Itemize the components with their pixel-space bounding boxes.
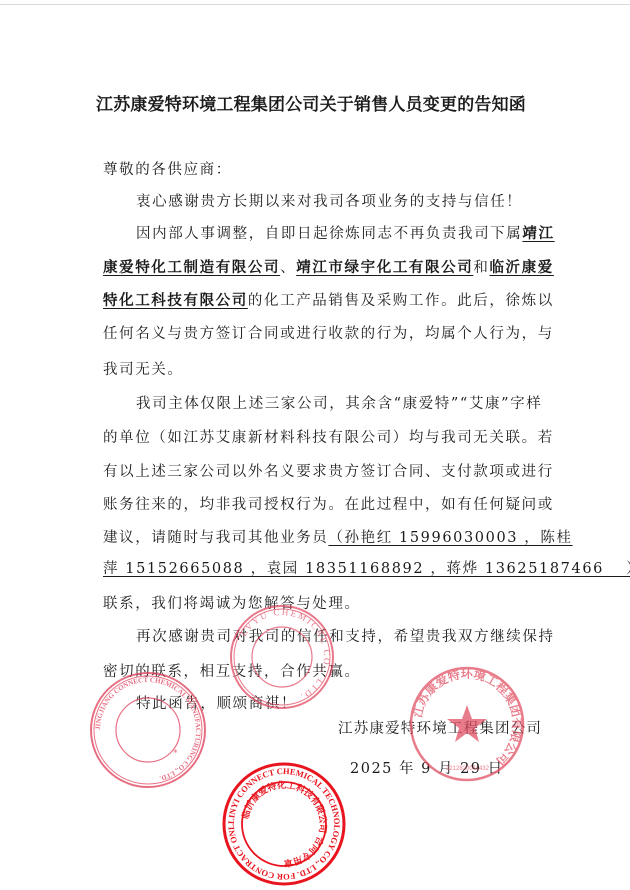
- svg-text:LINYI CONNECT CHEMICAL TECHNOL: LINYI CONNECT CHEMICAL TECHNOLOGY CO., L…: [222, 762, 342, 882]
- contacts-underlined: （孙艳红 15996030003 ，陈桂: [328, 530, 572, 546]
- paragraph-change-line-3: 特化工科技有限公司的化工产品销售及采购工作。此后，徐炼以: [103, 289, 554, 310]
- text: 因内部人事调整，自即日起徐炼同志不再负责我司下属: [136, 226, 522, 242]
- paragraph-thanks: 衷心感谢贵方长期以来对我司各项业务的支持与信任！: [136, 190, 522, 211]
- company-linyi-part2: 特化工科技有限公司: [103, 292, 248, 309]
- document-title: 江苏康爱特环境工程集团公司关于销售人员变更的告知函: [96, 90, 526, 115]
- contacts-underlined: 萍 15152665088 ，袁园 18351168892 ，蒋烨 136251…: [103, 561, 630, 577]
- company-linyi-part1: 临沂康爱: [489, 259, 553, 276]
- company-jingjiang-lvyu: 靖江市绿宇化工有限公司: [296, 259, 473, 276]
- paragraph-scope-line-1: 我司主体仅限上述三家公司，其余含“康爱特”“艾康”字样: [136, 392, 542, 413]
- company-seal-jingjiang-manufacturing: JINGJIANG CONNECT CHEMICAL MANUFACTURING…: [88, 670, 208, 790]
- page-edge-line: [0, 4, 630, 5]
- signature-date: 2025 年 9 月 29 日: [350, 757, 504, 778]
- paragraph-regards: 特此函告，顺颂商祺！: [136, 692, 297, 713]
- contract-seal-linyi: LINYI CONNECT CHEMICAL TECHNOLOGY CO., L…: [222, 762, 346, 886]
- svg-text:LVYU CHEMICAL CO., LTD.: LVYU CHEMICAL CO., LTD.: [238, 607, 332, 703]
- paragraph-change-line-1: 因内部人事调整，自即日起徐炼同志不再负责我司下属靖江: [136, 222, 555, 243]
- company-name-underlined: 靖江: [522, 225, 554, 242]
- company-jingjiang-manufacturing: 康爱特化工制造有限公司: [103, 259, 280, 276]
- paragraph-scope-line-2: 的单位（如江苏艾康新材料科技有限公司）均与我司无关联。若: [103, 426, 554, 447]
- text: 的化工产品销售及采购工作。此后，徐炼以: [248, 293, 554, 309]
- text: 建议，请随时与我司其他业务员: [103, 530, 328, 546]
- paragraph-scope-line-4: 账务往来的，均非我司授权行为。在此过程中，如有任何疑问或: [103, 493, 554, 514]
- paragraph-scope-line-6: 萍 15152665088 ，袁园 18351168892 ，蒋烨 136251…: [103, 557, 630, 578]
- paragraph-change-line-4: 任何名义与贵方签订合同或进行收款的行为，均属个人行为，与: [103, 322, 554, 343]
- salutation: 尊敬的各供应商：: [103, 158, 232, 179]
- paragraph-closing-line-1: 再次感谢贵司对我司的信任和支持，希望贵我双方继续保持: [136, 625, 555, 646]
- svg-text:*: *: [173, 749, 178, 759]
- paragraph-closing-line-2: 密切的联系，相互支持，合作共赢。: [103, 660, 361, 681]
- signature-company: 江苏康爱特环境工程集团公司: [338, 717, 542, 738]
- paragraph-scope-line-5: 建议，请随时与我司其他业务员（孙艳红 15996030003 ，陈桂: [103, 526, 573, 547]
- paragraph-change-line-5: 我司无关。: [103, 358, 184, 379]
- paragraph-scope-line-3: 有以上述三家公司以外名义要求贵方签订合同、支付款项或进行: [103, 460, 554, 481]
- paragraph-change-line-2: 康爱特化工制造有限公司、靖江市绿宇化工有限公司和临沂康爱: [103, 256, 554, 277]
- paragraph-scope-line-7: 联系，我们将竭诚为您解答与处理。: [103, 592, 361, 613]
- conjunction: 和: [473, 260, 489, 276]
- svg-text:临沂康爱特化工科技有限公司 合同专用章: 临沂康爱特化工科技有限公司 合同专用章: [239, 779, 329, 869]
- separator: 、: [280, 260, 296, 276]
